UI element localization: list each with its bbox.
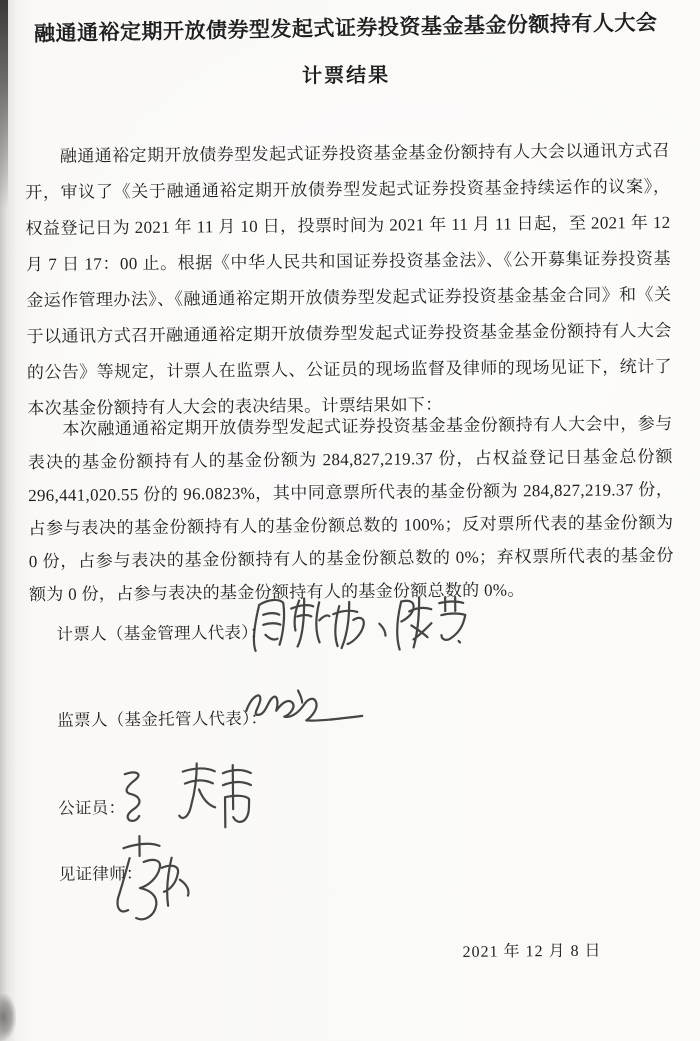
paragraph-vote-results: 本次融通通裕定期开放债券型发起式证券投资基金基金份额持有人大会中，参与表决的基金… [27,407,674,611]
document-date: 2021 年 12 月 8 日 [4,938,601,967]
document-title: 融通通裕定期开放债券型发起式证券投资基金基金份额持有人大会 [25,6,665,48]
teller-label: 计票人（基金管理人代表）： [56,619,266,645]
paragraph-meeting-procedure: 融通通裕定期开放债券型发起式证券投资基金基金份额持有人大会以通讯方式召开，审议了… [25,133,673,427]
document-subtitle: 计票结果 [26,56,666,91]
teller-signature-handwritten [247,587,470,661]
scanned-document-page: 融通通裕定期开放债券型发起式证券投资基金基金份额持有人大会 计票结果 融通通裕定… [0,0,700,1041]
scrutineer-label: 监票人（基金托管人代表）： [57,705,267,731]
witness-lawyer-signature-handwritten [99,827,222,930]
document-content: 融通通裕定期开放债券型发起式证券投资基金基金份额持有人大会 计票结果 融通通裕定… [0,0,700,1041]
scrutineer-signature-handwritten [238,680,370,733]
